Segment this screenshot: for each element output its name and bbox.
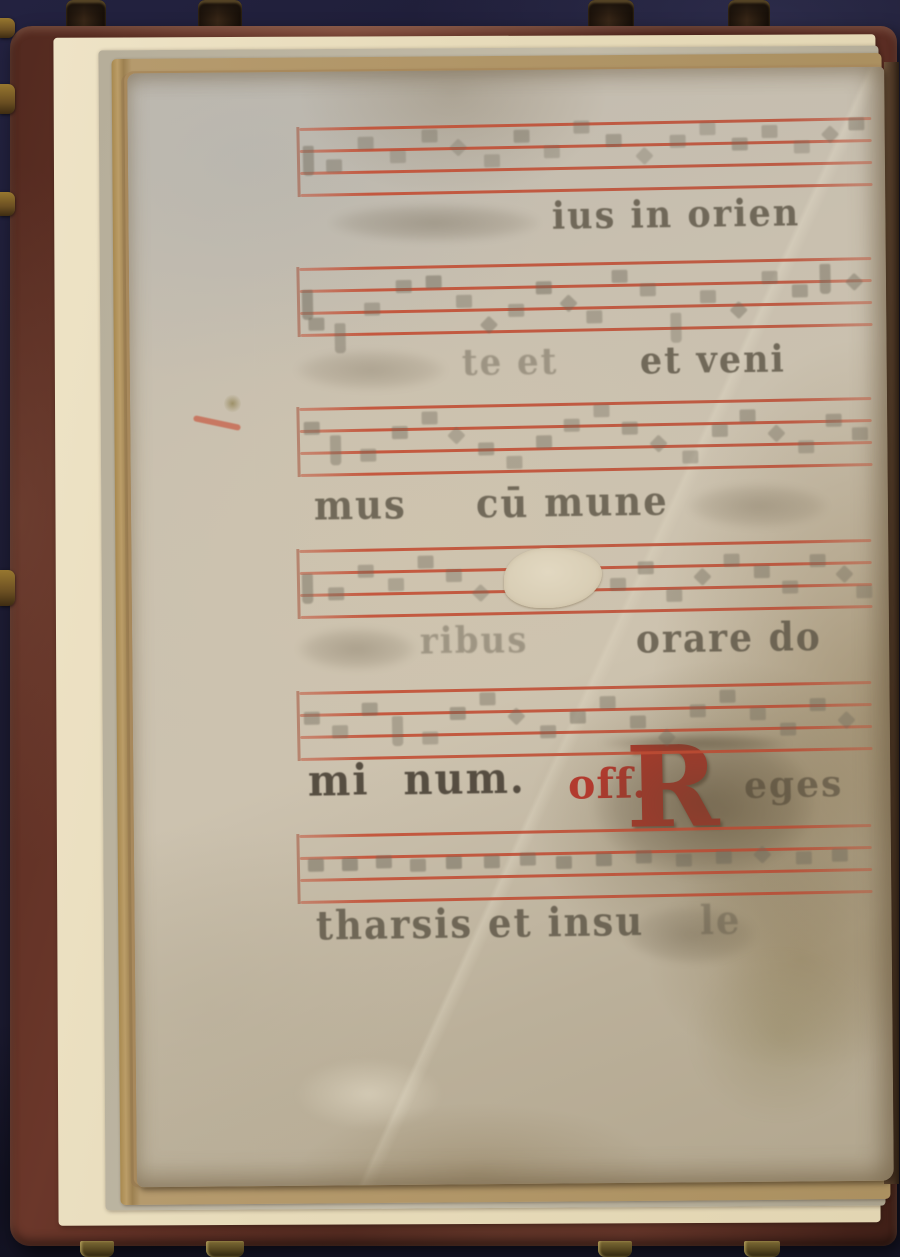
neume xyxy=(767,424,785,442)
ink-smear xyxy=(294,1058,444,1130)
staff-line xyxy=(299,539,871,553)
staff-line xyxy=(299,397,871,411)
neume xyxy=(536,281,552,294)
neume xyxy=(780,722,796,735)
neume xyxy=(342,858,358,871)
lyric-word: le xyxy=(700,896,742,944)
neume xyxy=(456,295,472,308)
neume xyxy=(446,569,462,582)
neume xyxy=(544,145,560,158)
neume xyxy=(556,856,572,869)
neume xyxy=(376,855,392,868)
neume xyxy=(693,568,711,586)
neume xyxy=(362,703,378,716)
neume xyxy=(396,280,412,293)
neume xyxy=(638,561,654,574)
lyric-word: mus xyxy=(314,480,408,529)
neume xyxy=(794,140,810,153)
neume xyxy=(540,725,556,738)
neume xyxy=(712,424,728,437)
neume xyxy=(332,725,348,738)
neume xyxy=(835,565,853,583)
margin-mark xyxy=(193,415,241,431)
neume xyxy=(308,859,324,872)
neume xyxy=(479,692,495,705)
neume xyxy=(536,435,552,448)
manuscript-content: off. R eges ius in oriente etet venimusc… xyxy=(0,0,900,1257)
neume xyxy=(819,264,831,294)
neume xyxy=(599,696,615,709)
neume xyxy=(508,304,524,317)
neume xyxy=(832,848,848,861)
neume xyxy=(506,456,522,469)
neume xyxy=(330,435,342,465)
neume xyxy=(392,426,408,439)
lyric-row: ribusorare do xyxy=(0,613,900,682)
neume xyxy=(596,853,612,866)
lyric-word: ius in orien xyxy=(552,191,801,239)
neume xyxy=(308,318,324,331)
neume xyxy=(611,270,627,283)
neume xyxy=(564,419,580,432)
staff-line xyxy=(300,279,872,293)
neume xyxy=(810,698,826,711)
neume xyxy=(606,134,622,147)
stave-left-rule xyxy=(296,267,300,337)
neume xyxy=(426,275,442,288)
neume xyxy=(732,137,748,150)
lyric-word: cū mune xyxy=(476,477,669,527)
neume xyxy=(446,856,462,869)
staff-line xyxy=(300,139,872,153)
neume xyxy=(392,716,404,746)
lyric-word: orare do xyxy=(636,615,823,663)
neume xyxy=(798,440,814,453)
neume xyxy=(792,284,808,297)
stave-left-rule xyxy=(296,691,300,761)
stave-left-rule xyxy=(296,549,300,619)
neume xyxy=(782,580,798,593)
neume xyxy=(449,138,467,156)
neume xyxy=(570,711,586,724)
neume xyxy=(622,422,638,435)
neume xyxy=(754,565,770,578)
lyric-word: te et xyxy=(462,340,559,385)
stave-left-rule xyxy=(296,127,300,197)
stave-left-rule xyxy=(296,407,300,477)
neume xyxy=(421,129,437,142)
neume xyxy=(484,154,500,167)
neume xyxy=(478,442,494,455)
neume xyxy=(750,707,766,720)
neume xyxy=(388,578,404,591)
staff-line xyxy=(299,257,871,271)
neume xyxy=(304,712,320,725)
neume xyxy=(302,574,314,604)
neume xyxy=(360,449,376,462)
neume xyxy=(635,147,653,165)
neume xyxy=(636,850,652,863)
music-stave xyxy=(299,251,872,342)
neume xyxy=(649,434,667,452)
stave-left-rule xyxy=(296,834,300,904)
neume xyxy=(826,414,842,427)
neume xyxy=(358,565,374,578)
neume xyxy=(484,855,500,868)
staff-line xyxy=(300,868,872,882)
lyric-word: tharsis et insu xyxy=(316,897,645,949)
neume xyxy=(848,117,864,130)
neume xyxy=(304,422,320,435)
neume xyxy=(390,150,406,163)
neume xyxy=(422,731,438,744)
neume xyxy=(630,715,646,728)
neume xyxy=(666,589,682,602)
neume xyxy=(513,130,529,143)
neume xyxy=(676,853,692,866)
neume xyxy=(326,159,342,172)
neume xyxy=(640,283,656,296)
neume xyxy=(421,411,437,424)
neume xyxy=(586,310,602,323)
neume xyxy=(796,851,812,864)
staff-line xyxy=(301,323,873,337)
neume xyxy=(417,555,433,568)
music-stave xyxy=(299,391,872,482)
staff-line xyxy=(300,419,872,433)
neume xyxy=(716,851,732,864)
neume xyxy=(682,450,698,463)
neume xyxy=(852,427,868,440)
lyric-row: ius in orien xyxy=(0,189,900,258)
staff-line xyxy=(299,681,871,695)
neume xyxy=(358,137,374,150)
neume xyxy=(761,271,777,284)
neume xyxy=(593,404,609,417)
music-stave xyxy=(299,111,872,202)
lyric-word: et veni xyxy=(640,337,787,383)
neume xyxy=(719,690,735,703)
neume xyxy=(303,146,315,176)
neume xyxy=(410,859,426,872)
neume xyxy=(699,122,715,135)
neume xyxy=(302,290,314,320)
neume xyxy=(472,584,490,602)
staff-line xyxy=(300,441,872,455)
neume xyxy=(856,585,872,598)
margin-mark xyxy=(224,394,241,413)
neume xyxy=(761,125,777,138)
manuscript-photo: off. R eges ius in oriente etet venimusc… xyxy=(0,0,900,1257)
neume xyxy=(328,587,344,600)
neume xyxy=(700,290,716,303)
neume xyxy=(690,704,706,717)
neume xyxy=(520,852,536,865)
lyric-word: ribus xyxy=(420,619,529,664)
lyric-word: mi num. xyxy=(308,753,527,807)
neume xyxy=(573,120,589,133)
neume xyxy=(739,409,755,422)
staff-line xyxy=(300,161,872,175)
neume xyxy=(610,578,626,591)
staff-line xyxy=(299,824,871,838)
neume xyxy=(364,302,380,315)
neume xyxy=(450,707,466,720)
neume xyxy=(670,135,686,148)
ink-smear xyxy=(690,950,870,1120)
neume xyxy=(559,294,577,312)
neume xyxy=(810,554,826,567)
neume xyxy=(845,273,863,291)
lyric-row: muscū mune xyxy=(0,473,900,542)
neume xyxy=(723,554,739,567)
